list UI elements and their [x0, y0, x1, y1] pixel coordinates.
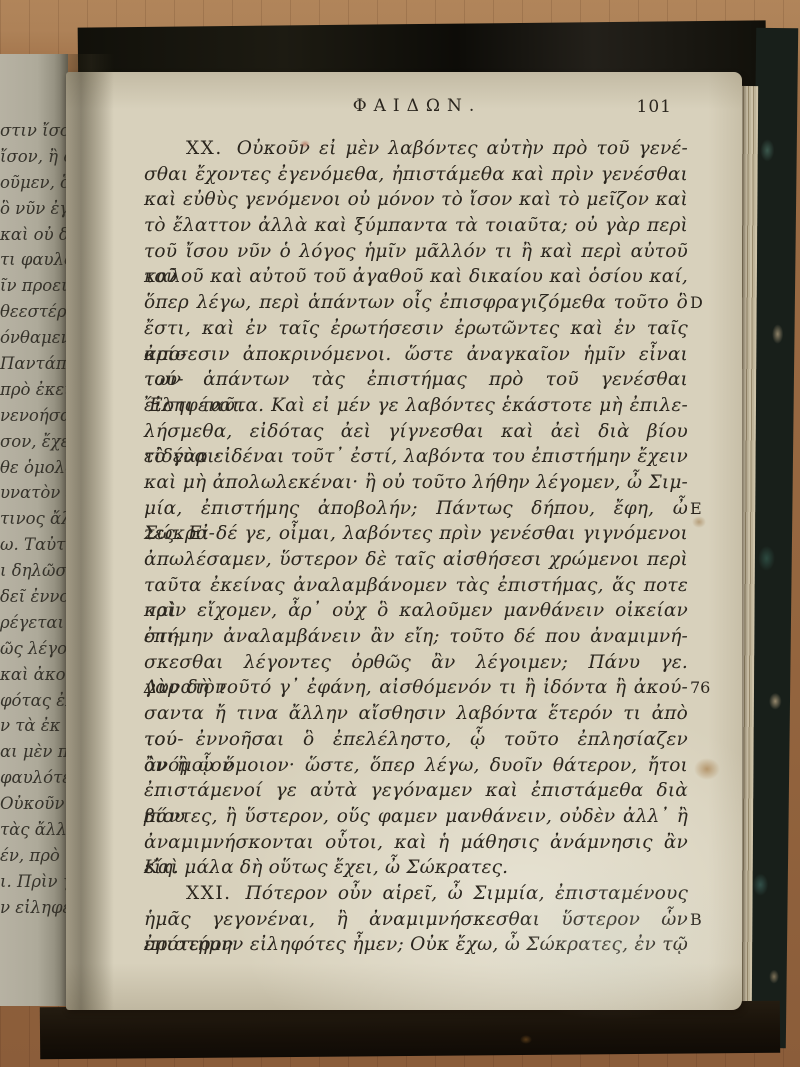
facing-page-line-fragment: θεεστέρως δ	[0, 299, 62, 325]
main-text-block: XX.Οὐκοῦν εἰ μὲν λαβόντες αὐτὴν πρὸ τοῦ …	[144, 136, 688, 958]
text-line: γὰρ δὴ τοῦτό γ᾽ ἐφάνη, αἰσθόμενόν τι ἢ ἰ…	[144, 675, 688, 701]
section-numeral: XXI.	[186, 883, 246, 904]
facing-page-line-fragment: ῶς λέγομεν	[0, 636, 62, 662]
text-line: μία, ἐπιστήμης ἀποβολήν; Πάντως δήπου, ἔ…	[144, 496, 688, 522]
text-line: λήσμεθα, εἰδότας ἀεὶ γίγνεσθαι καὶ ἀεὶ δ…	[144, 419, 688, 445]
text-line: ἐπιστήμην εἰληφότες ἦμεν; Οὐκ ἔχω, ὦ Σώκ…	[144, 932, 688, 958]
facing-page-line-fragment: ν εἰληφέναι.	[0, 895, 62, 921]
text-line: ἀπωλέσαμεν, ὕστερον δὲ ταῖς αἰσθήσεσι χρ…	[144, 547, 688, 573]
text-line: ἔστι, καὶ ἐν ταῖς ἐρωτήσεσιν ἐρωτῶντες κ…	[144, 316, 688, 342]
text-line: Καὶ μάλα δὴ οὕτως ἔχει, ὦ Σώκρατες.	[144, 855, 688, 881]
facing-page-line-fragment: σον, ἔχει δ	[0, 429, 62, 455]
facing-page-line-fragment: φαυλότερα	[0, 765, 62, 791]
facing-page-line-fragment: αι μὲν πάν-	[0, 739, 62, 765]
facing-page-line-fragment: δεῖ ἐννοῆσα	[0, 584, 62, 610]
margin-reference: B	[690, 907, 718, 933]
section-numeral: XX.	[186, 138, 237, 159]
facing-page-line-fragment: όνθαμεν κ	[0, 325, 62, 351]
text-line: σαντα ἤ τινα ἄλλην αἴσθησιν λαβόντα ἕτερ…	[144, 701, 688, 727]
facing-page-line-fragment: ρέγεται τυ	[0, 610, 62, 636]
text-line: καὶ μὴ ἀπολωλεκέναι· ἢ οὐ τοῦτο λήθην λέ…	[144, 470, 688, 496]
text-line: ὅπερ λέγω, περὶ ἁπάντων οἷς ἐπισφραγιζόμ…	[144, 290, 688, 316]
facing-page-line-fragment: Οὐκοῦν γε-	[0, 791, 62, 817]
facing-page-line-fragment: πρὸ ἐκείνο	[0, 377, 62, 403]
margin-reference: D	[690, 290, 718, 316]
facing-page-line-fragment: ν τὰ ἐκ τῶν	[0, 713, 62, 739]
facing-page-line-fragment: καὶ ἀκούειν	[0, 662, 62, 688]
page-running-title: ΦΑΙΔΩΝ.	[144, 96, 690, 116]
book-page: ΦΑΙΔΩΝ. 101 XX.Οὐκοῦν εἰ μὲν λαβόντες αὐ…	[66, 72, 742, 1010]
facing-page-line-fragment: υνατὸν εἶνα	[0, 480, 62, 506]
text-line: ὂν ἢ ᾧ ὅμοιον· ὥστε, ὅπερ λέγω, δυοῖν θά…	[144, 753, 688, 779]
text-line: ταῦτα ἐκείνας ἀναλαμβάνομεν τὰς ἐπιστήμα…	[144, 573, 688, 599]
facing-page-line-fragment: τὰς ἄλλας	[0, 817, 62, 843]
text-line: στήμην ἀναλαμβάνειν ἂν εἴη; τοῦτο δέ που…	[144, 624, 688, 650]
facing-page-line-fragment: καὶ οὐ δύνα	[0, 222, 62, 248]
text-line: σκεσθαι λέγοντες ὀρθῶς ἂν λέγοιμεν; Πάνυ…	[144, 650, 688, 676]
facing-page-line-fragment: ι δηλῶσαι	[0, 558, 62, 584]
text-line: τὸ γὰρ εἰδέναι τοῦτ᾽ ἐστί, λαβόντα του ἐ…	[144, 444, 688, 470]
facing-page-line-fragment: τινος ἄλλη	[0, 506, 62, 532]
text-line: XX.Οὐκοῦν εἰ μὲν λαβόντες αὐτὴν πρὸ τοῦ …	[144, 136, 688, 162]
text-line: τὸ ἔλαττον ἀλλὰ καὶ ξύμπαντα τὰ τοιαῦτα;…	[144, 213, 688, 239]
facing-page-line-fragment: οῦμεν, ὅταν	[0, 170, 62, 196]
text-line: τες. Εἰ δέ γε, οἶμαι, λαβόντες πρὶν γενέ…	[144, 521, 688, 547]
facing-page-line-fragment: τι φαυλότε	[0, 247, 62, 273]
margin-reference: E	[690, 496, 718, 522]
text-line: ἐπιστάμενοί γε αὐτὰ γεγόναμεν καὶ ἐπιστά…	[144, 778, 688, 804]
facing-page-line-fragment: ι. Πρὶν γε-	[0, 869, 62, 895]
text-line: πάντες, ἢ ὕστερον, οὕς φαμεν μανθάνειν, …	[144, 804, 688, 830]
text-line: των ἁπάντων τὰς ἐπιστήμας πρὸ τοῦ γενέσθ…	[144, 367, 688, 393]
text-line: ἀναμιμνήσκονται οὗτοι, καὶ ἡ μάθησις ἀνά…	[144, 830, 688, 856]
page-header: ΦΑΙΔΩΝ. 101	[144, 96, 690, 122]
text-line: XXI.Πότερον οὖν αἱρεῖ, ὦ Σιμμία, ἐπισταμ…	[144, 881, 688, 907]
facing-page-line-fragment: θε ὁμολογοῦ	[0, 455, 62, 481]
facing-page-line-fragment: έν, πρὸ τού-	[0, 843, 62, 869]
margin-reference: 76	[690, 675, 718, 701]
facing-page-line-fragment: στιν ἴσον	[0, 118, 62, 144]
facing-page-line-fragment: ω. Ταὐτὸ	[0, 532, 62, 558]
facing-page-line-fragment: ῖν προειδότ	[0, 273, 62, 299]
facing-page-text-fragments: στιν ἴσονἴσον, ἢ οὐοῦμεν, ὅτανὃ νῦν ἐγὼκ…	[0, 118, 62, 921]
text-line: καλοῦ καὶ αὐτοῦ τοῦ ἀγαθοῦ καὶ δικαίου κ…	[144, 264, 688, 290]
text-line: σθαι ἔχοντες ἐγενόμεθα, ἠπιστάμεθα καὶ π…	[144, 162, 688, 188]
text-line: τοῦ ἴσου νῦν ὁ λόγος ἡμῖν μᾶλλόν τι ἢ κα…	[144, 239, 688, 265]
text-line: κρίσεσιν ἀποκρινόμενοι. ὥστε ἀναγκαῖον ἡ…	[144, 342, 688, 368]
facing-page-line-fragment: Παντάπασ	[0, 351, 62, 377]
book-photo: { "book": { "header": { "title": "ΦΑΙΔΩΝ…	[0, 0, 800, 1067]
text-line: Ἔστι ταῦτα. Καὶ εἰ μέν γε λαβόντες ἑκάστ…	[144, 393, 688, 419]
text-line: καὶ εὐθὺς γενόμενοι οὐ μόνον τὸ ἴσον καὶ…	[144, 187, 688, 213]
facing-page-line-fragment: νενοήσαμεν	[0, 403, 62, 429]
text-line: του ἐννοῆσαι ὃ ἐπελέληστο, ᾧ τοῦτο ἐπλησ…	[144, 727, 688, 753]
facing-page-sliver: στιν ἴσονἴσον, ἢ οὐοῦμεν, ὅτανὃ νῦν ἐγὼκ…	[0, 54, 68, 1006]
page-number: 101	[637, 97, 672, 117]
facing-page-line-fragment: ἴσον, ἢ οὐ	[0, 144, 62, 170]
facing-page-line-fragment: φότας ἐπι-	[0, 688, 62, 714]
text-line: ἡμᾶς γεγονέναι, ἢ ἀναμιμνήσκεσθαι ὕστερο…	[144, 907, 688, 933]
facing-page-line-fragment: ὃ νῦν ἐγὼ	[0, 196, 62, 222]
text-line: πρὶν εἴχομεν, ἆρ᾽ οὐχ ὃ καλοῦμεν μανθάνε…	[144, 598, 688, 624]
